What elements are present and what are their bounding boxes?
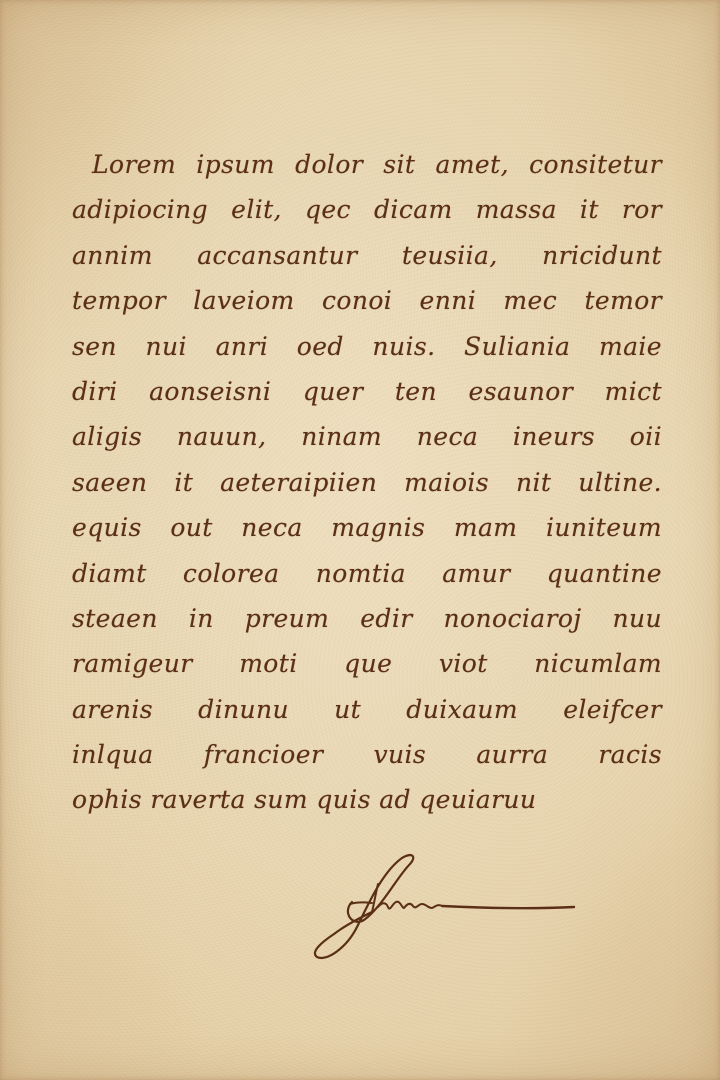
letter-line-11: steaen in preum edir nonociaroj nuu bbox=[72, 596, 662, 641]
signature-text: J.Lun bbox=[367, 888, 424, 913]
letter-line-3: annim accansantur teusiia, nricidunt bbox=[72, 233, 662, 278]
letter-line-13: arenis dinunu ut duixaum eleifcer bbox=[72, 687, 662, 732]
letter-line-5: sen nui anri oed nuis. Suliania maie bbox=[72, 324, 662, 369]
paper-page: Lorem ipsum dolor sit amet, consitetur a… bbox=[0, 0, 720, 1080]
letter-line-6: diri aonseisni quer ten esaunor mict bbox=[72, 369, 662, 414]
signature: J.Lun bbox=[312, 852, 582, 962]
signature-stroke-icon bbox=[312, 852, 582, 962]
letter-line-2: adipiocing elit, qec dicam massa it ror bbox=[72, 187, 662, 232]
letter-body: Lorem ipsum dolor sit amet, consitetur a… bbox=[72, 142, 662, 823]
letter-line-15: ophis raverta sum quis ad qeuiaruu bbox=[72, 777, 617, 822]
letter-line-4: tempor laveiom conoi enni mec temor bbox=[72, 278, 662, 323]
letter-line-8: saeen it aeteraipiien maiois nit ultine. bbox=[72, 460, 662, 505]
letter-line-7: aligis nauun, ninam neca ineurs oii bbox=[72, 414, 662, 459]
letter-line-9: equis out neca magnis mam iuniteum bbox=[72, 505, 662, 550]
letter-line-10: diamt colorea nomtia amur quantine bbox=[72, 551, 662, 596]
letter-line-1: Lorem ipsum dolor sit amet, consitetur bbox=[72, 142, 662, 187]
letter-line-14: inlqua francioer vuis aurra racis bbox=[72, 732, 662, 777]
letter-line-12: ramigeur moti que viot nicumlam bbox=[72, 641, 662, 686]
